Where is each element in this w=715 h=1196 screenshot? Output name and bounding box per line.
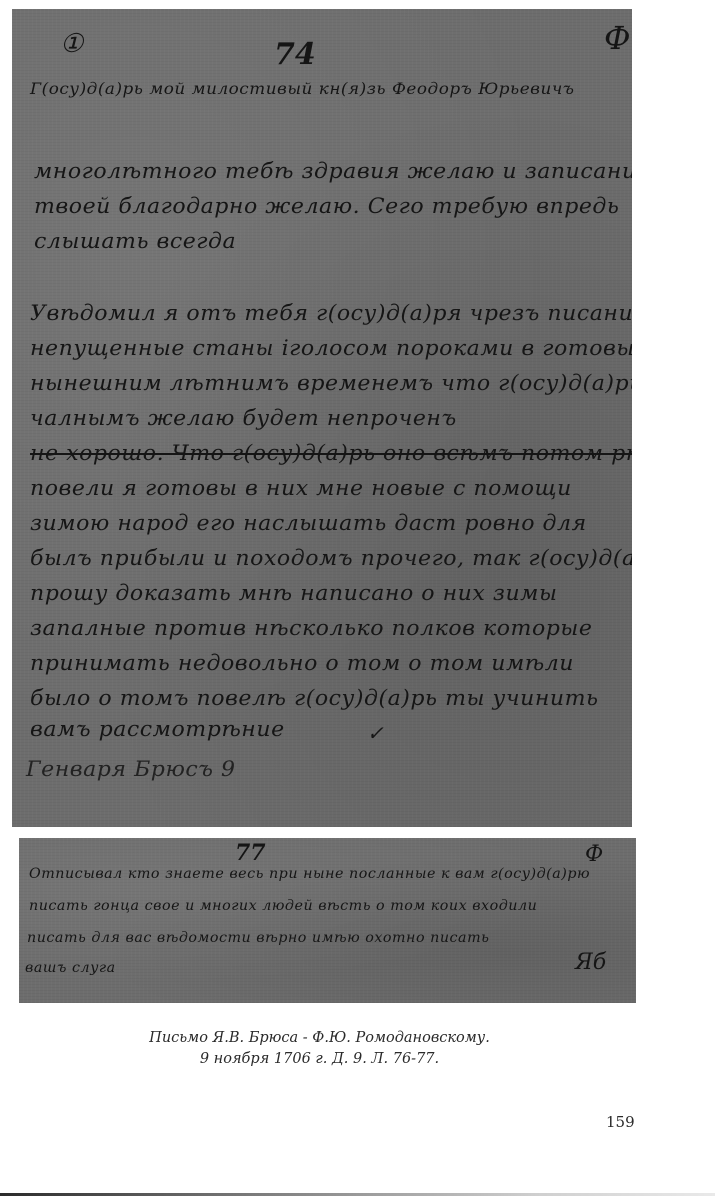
- manuscript-line: непущенные станы iголосом пороками в гот…: [30, 336, 632, 360]
- manuscript-line: Г(осу)д(а)рь мой милостивый кн(я)зь Феод…: [30, 79, 575, 98]
- manuscript-image-top: ① 74 Ф Г(осу)д(а)рь мой милостивый кн(я)…: [12, 9, 632, 827]
- folio-numeral-mark: ①: [60, 29, 83, 59]
- manuscript-line: слышать всегда: [34, 229, 236, 253]
- manuscript-line: Отписывал кто знаете весь при ныне посла…: [29, 866, 590, 882]
- corner-mark: Ф: [585, 842, 603, 867]
- manuscript-line: былъ прибыли и походомъ прочего, так г(о…: [30, 546, 632, 570]
- corner-mark: Ф: [604, 19, 631, 57]
- manuscript-line: вашъ слуга: [25, 960, 116, 976]
- manuscript-line: чалнымъ желаю будет непроченъ: [30, 406, 457, 430]
- manuscript-line-struck: не хорошо. Что г(осу)д(а)рь оно всѣмъ по…: [30, 441, 632, 465]
- manuscript-line: зимою народ его наслышать даст ровно для: [30, 511, 587, 535]
- figure-caption: Письмо Я.В. Брюса - Ф.Ю. Ромодановскому.…: [0, 1028, 715, 1070]
- manuscript-line: твоей благодарно желаю. Сего требую впре…: [34, 194, 619, 218]
- manuscript-signature-line: Генваря Брюсъ 9: [26, 757, 236, 781]
- manuscript-line: вамъ рассмотрѣние: [30, 717, 285, 741]
- check-mark: ✓: [367, 721, 384, 745]
- manuscript-line: писать гонца свое и многих людей вѣсть о…: [29, 898, 537, 914]
- caption-line-title: Письмо Я.В. Брюса - Ф.Ю. Ромодановскому.: [0, 1028, 677, 1049]
- manuscript-line: Увѣдомил я отъ тебя г(осу)д(а)ря чрезъ п…: [30, 301, 632, 325]
- page-number: 159: [606, 1113, 635, 1131]
- folio-number-mark: 77: [235, 840, 266, 866]
- caption-line-reference: 9 ноября 1706 г. Д. 9. Л. 76-77.: [0, 1049, 677, 1070]
- manuscript-line: прошу доказать мнѣ написано о них зимы: [30, 581, 557, 605]
- manuscript-line: принимать недовольно о том о том имѣли: [30, 651, 574, 675]
- manuscript-line: повели я готовы в них мне новые с помощи: [30, 476, 572, 500]
- manuscript-image-bottom: 77 Ф Отписывал кто знаете весь при ныне …: [19, 838, 636, 1003]
- folio-number-mark: 74: [274, 37, 316, 72]
- manuscript-line: писать для вас вѣдомости вѣрно имѣю охот…: [27, 930, 489, 946]
- manuscript-line: нынешним лѣтнимъ временемъ что г(осу)д(а…: [30, 371, 632, 395]
- signature-mark: Яб: [575, 950, 606, 975]
- manuscript-line: было о томъ повелѣ г(осу)д(а)рь ты учини…: [30, 686, 599, 710]
- manuscript-line: многолѣтного тебѣ здравия желаю и записа…: [34, 159, 632, 183]
- manuscript-line: запалные против нѣсколько полков которые: [30, 616, 592, 640]
